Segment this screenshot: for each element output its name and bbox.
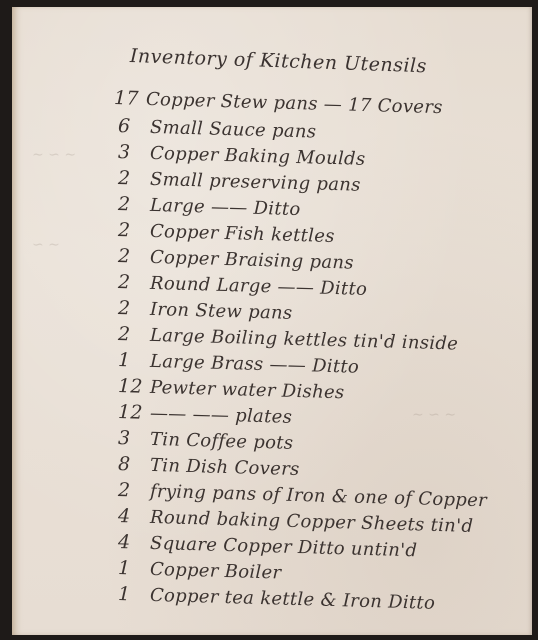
list-item: 2 Copper Fish kettles	[118, 219, 335, 247]
ink-bleed: ∼ ∽ ∼	[32, 147, 76, 163]
item-description: Copper Boiler	[150, 559, 282, 584]
document-title: Inventory of Kitchen Utensils	[130, 45, 428, 77]
item-description: Copper Braising pans	[150, 247, 354, 274]
item-description: Small preserving pans	[150, 169, 361, 196]
list-item: 6 Small Sauce pans	[118, 115, 317, 143]
item-description: —— —— plates	[150, 403, 293, 428]
item-quantity: 17	[114, 87, 141, 110]
ink-bleed: ∽ ∼	[32, 237, 60, 253]
list-item: 2 Copper Braising pans	[118, 245, 354, 274]
ink-bleed: ∼ ∽ ∼	[412, 407, 456, 423]
item-description: Small Sauce pans	[150, 117, 317, 143]
item-quantity: 2	[118, 193, 145, 216]
list-item: 8 Tin Dish Covers	[118, 453, 300, 480]
list-item: 17 Copper Stew pans — 17 Covers	[114, 87, 443, 118]
item-quantity: 2	[118, 167, 145, 190]
list-item: 12 Pewter water Dishes	[118, 375, 345, 403]
manuscript-page: ∼ ∽ ∼ ∽ ∼ ∼ ∽ ∼ Inventory of Kitchen Ute…	[12, 7, 532, 635]
item-description: Large Boiling kettles tin'd inside	[150, 325, 459, 355]
list-item: 1 Copper Boiler	[118, 557, 282, 584]
item-quantity: 1	[118, 349, 145, 372]
item-quantity: 1	[118, 557, 145, 580]
item-quantity: 4	[118, 531, 145, 554]
item-quantity: 2	[118, 245, 145, 268]
list-item: 2 Large —— Ditto	[118, 193, 301, 220]
list-item: 12 —— —— plates	[118, 401, 293, 428]
list-item: 3 Copper Baking Moulds	[118, 141, 366, 170]
item-quantity: 12	[118, 375, 145, 398]
item-quantity: 8	[118, 453, 145, 476]
list-item: 1 Large Brass —— Ditto	[118, 349, 360, 378]
list-item: 3 Tin Coffee pots	[118, 427, 294, 454]
list-item: 1 Copper tea kettle & Iron Ditto	[118, 583, 436, 614]
item-description: Tin Dish Covers	[150, 455, 300, 480]
list-item: 2 Small preserving pans	[118, 167, 361, 196]
item-description: Large Brass —— Ditto	[150, 351, 360, 378]
item-quantity: 12	[118, 401, 145, 424]
item-quantity: 3	[118, 141, 145, 164]
item-description: Round Large —— Ditto	[150, 273, 368, 300]
item-description: Pewter water Dishes	[150, 377, 345, 403]
list-item: 2 Iron Stew pans	[118, 297, 293, 324]
item-description: Copper tea kettle & Iron Ditto	[150, 585, 436, 614]
list-item: 2 Round Large —— Ditto	[118, 271, 368, 300]
item-description: Large —— Ditto	[150, 195, 301, 220]
item-description: Copper Stew pans — 17 Covers	[146, 89, 443, 118]
item-description: Iron Stew pans	[150, 299, 293, 324]
item-quantity: 6	[118, 115, 145, 138]
item-description: Copper Fish kettles	[150, 221, 335, 247]
item-quantity: 2	[118, 479, 145, 502]
item-quantity: 3	[118, 427, 145, 450]
item-quantity: 2	[118, 323, 145, 346]
item-quantity: 4	[118, 505, 145, 528]
list-item: 4 Square Copper Ditto untin'd	[118, 531, 418, 561]
item-quantity: 2	[118, 297, 145, 320]
item-description: Square Copper Ditto untin'd	[150, 533, 418, 561]
item-description: Copper Baking Moulds	[150, 143, 366, 170]
item-quantity: 1	[118, 583, 145, 606]
item-description: Tin Coffee pots	[150, 429, 294, 454]
item-quantity: 2	[118, 271, 145, 294]
item-quantity: 2	[118, 219, 145, 242]
